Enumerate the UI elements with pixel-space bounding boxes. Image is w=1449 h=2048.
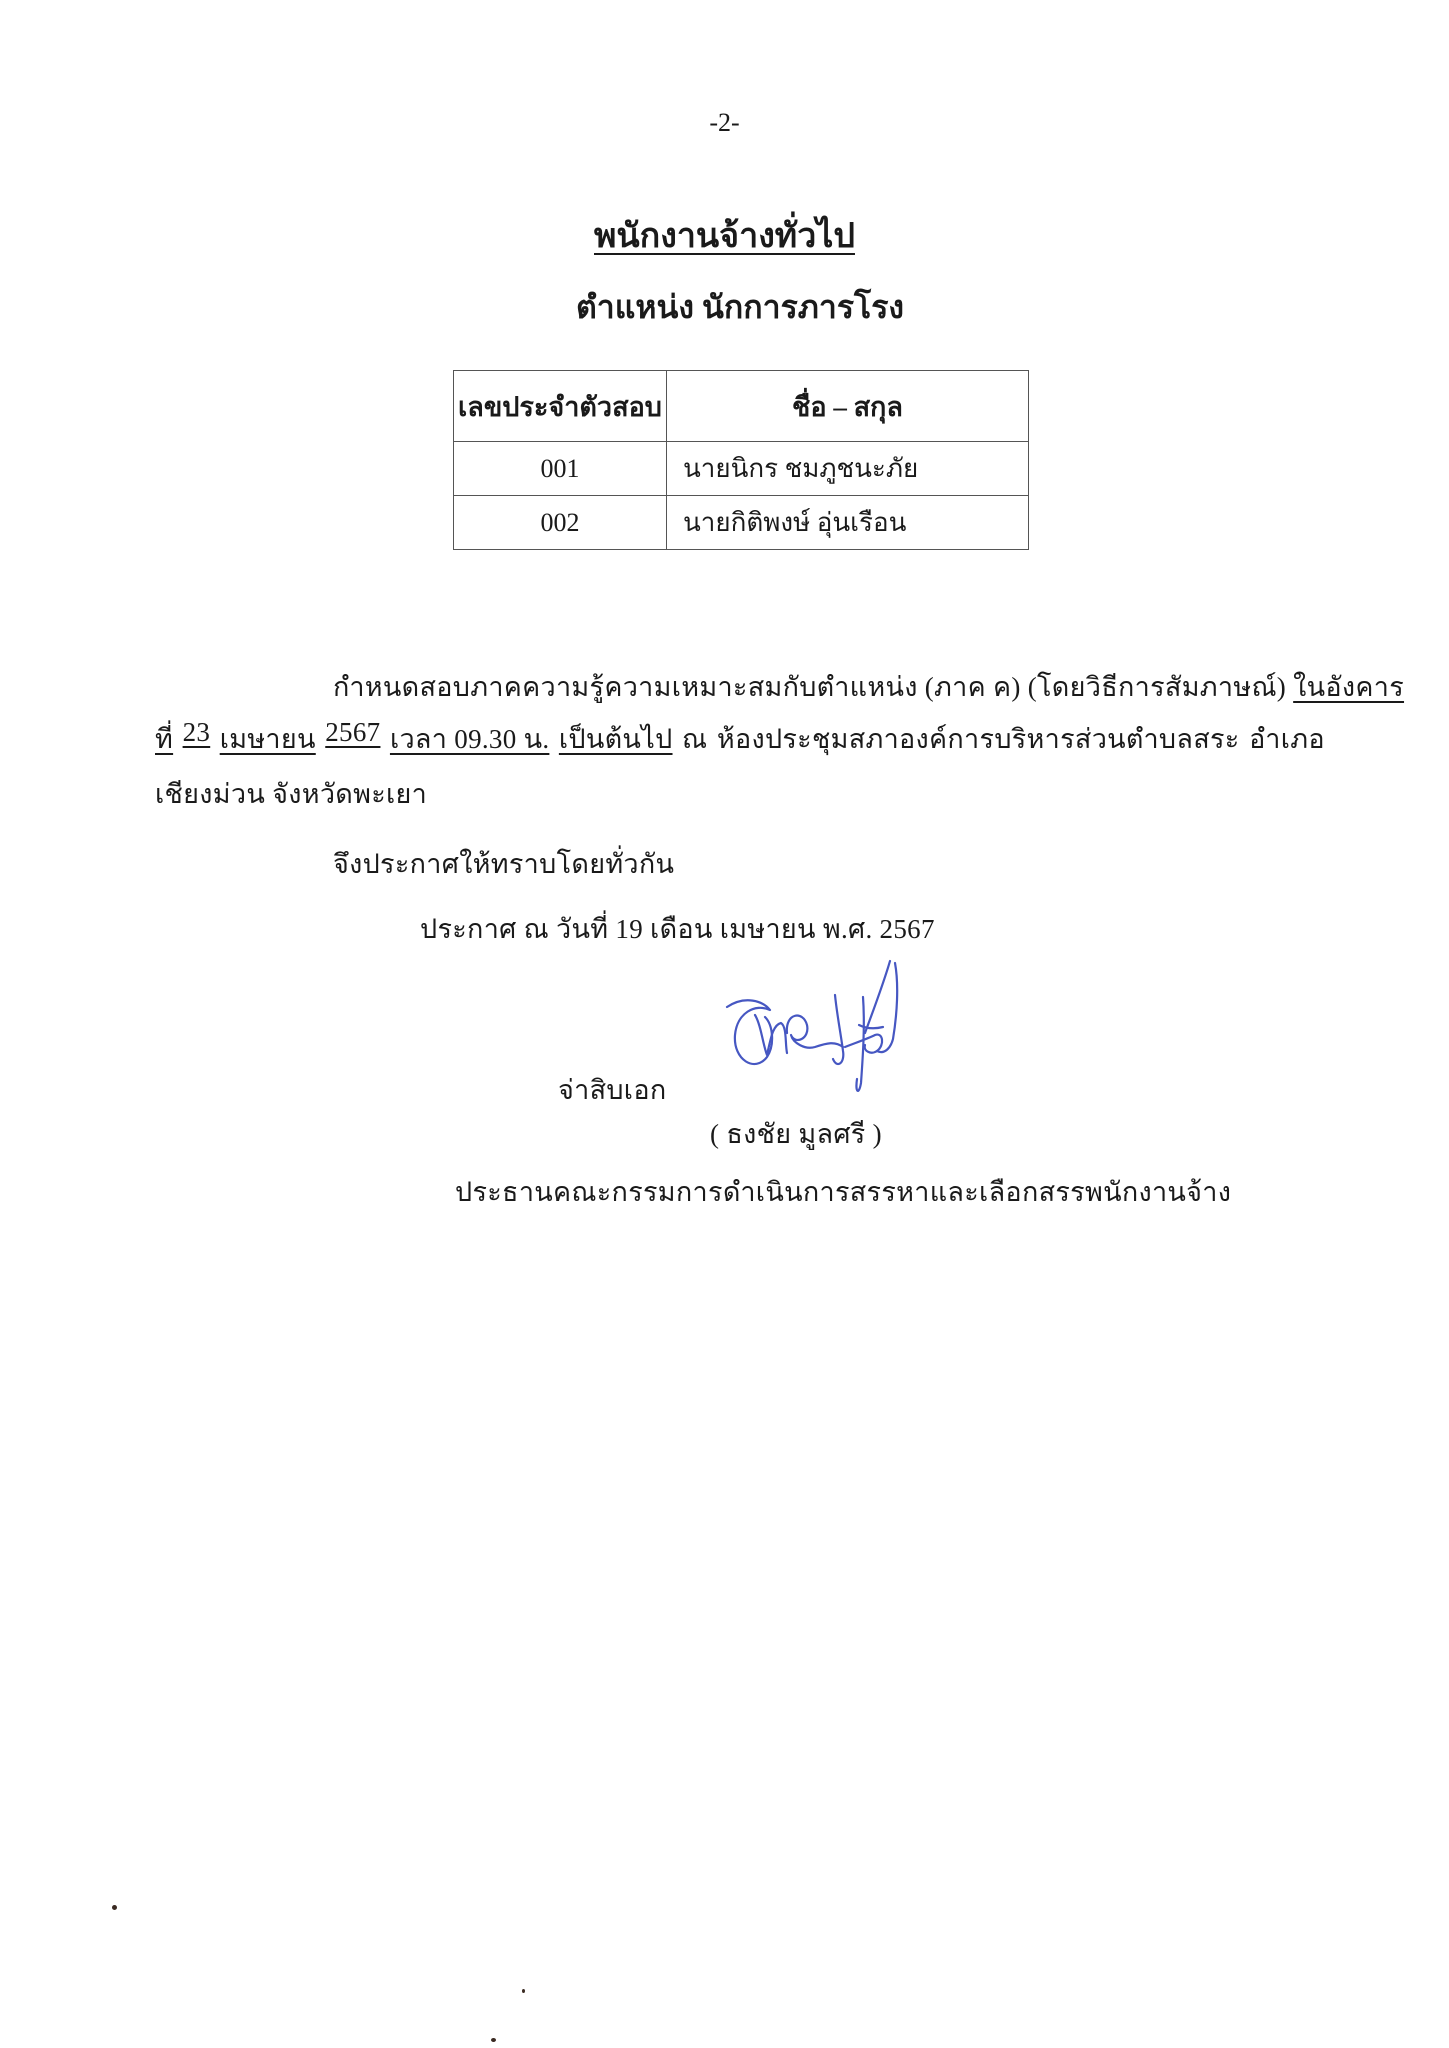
header-exam-id: เลขประจำตัวสอบ: [454, 371, 667, 442]
table-row: 001 นายนิกร ชมภูชนะภัย: [454, 442, 1029, 496]
exam-date-part: 23: [183, 717, 211, 760]
signer-rank: จ่าสิบเอก: [558, 1068, 667, 1111]
header-full-name: ชื่อ – สกุล: [667, 371, 1029, 442]
signer-name: ( ธงชัย มูลศรี ): [710, 1112, 882, 1155]
exam-time-part: เป็นต้นไป: [559, 717, 673, 760]
paragraph-line-3: เชียงม่วน จังหวัดพะเยา: [155, 772, 427, 815]
paragraph-line-2: ที่ 23 เมษายน 2567 เวลา 09.30 น. เป็นต้น…: [155, 717, 1325, 760]
paragraph-line-1: กำหนดสอบภาคความรู้ความเหมาะสมกับตำแหน่ง …: [333, 665, 1325, 708]
section-title-text: พนักงานจ้างทั่วไป: [594, 218, 855, 255]
exam-day-underlined: ในอังคาร: [1293, 672, 1404, 702]
position-title: ตำแหน่ง นักการภารโรง: [0, 282, 1449, 333]
exam-location-part: ณ: [682, 717, 707, 760]
cell-full-name: นายนิกร ชมภูชนะภัย: [667, 442, 1029, 496]
page-number: -2-: [0, 108, 1449, 138]
announcement-date: ประกาศ ณ วันที่ 19 เดือน เมษายน พ.ศ. 256…: [420, 907, 935, 950]
exam-date-part: ที่: [155, 717, 173, 760]
cell-exam-id: 002: [454, 496, 667, 550]
exam-date-part: 2567: [325, 717, 380, 760]
exam-location-part: อำเภอ: [1249, 717, 1325, 760]
candidate-table: เลขประจำตัวสอบ ชื่อ – สกุล 001 นายนิกร ช…: [453, 370, 1029, 550]
exam-location-part: ห้องประชุมสภาองค์การบริหารส่วนตำบลสระ: [717, 717, 1240, 760]
table-header-row: เลขประจำตัวสอบ ชื่อ – สกุล: [454, 371, 1029, 442]
exam-date-part: เมษายน: [220, 717, 316, 760]
exam-time-part: เวลา 09.30 น.: [390, 717, 549, 760]
signer-title: ประธานคณะกรรมการดำเนินการสรรหาและเลือกสร…: [455, 1170, 1231, 1213]
scan-speck: [112, 1905, 117, 1910]
section-title: พนักงานจ้างทั่วไป: [0, 208, 1449, 262]
cell-full-name: นายกิติพงษ์ อุ่นเรือน: [667, 496, 1029, 550]
signature-icon: [715, 955, 905, 1100]
exam-description: กำหนดสอบภาคความรู้ความเหมาะสมกับตำแหน่ง …: [333, 672, 1286, 702]
scan-speck: [491, 2038, 496, 2042]
scan-speck: [522, 1989, 525, 1993]
announcement-text: จึงประกาศให้ทราบโดยทั่วกัน: [333, 842, 674, 885]
cell-exam-id: 001: [454, 442, 667, 496]
table-row: 002 นายกิติพงษ์ อุ่นเรือน: [454, 496, 1029, 550]
